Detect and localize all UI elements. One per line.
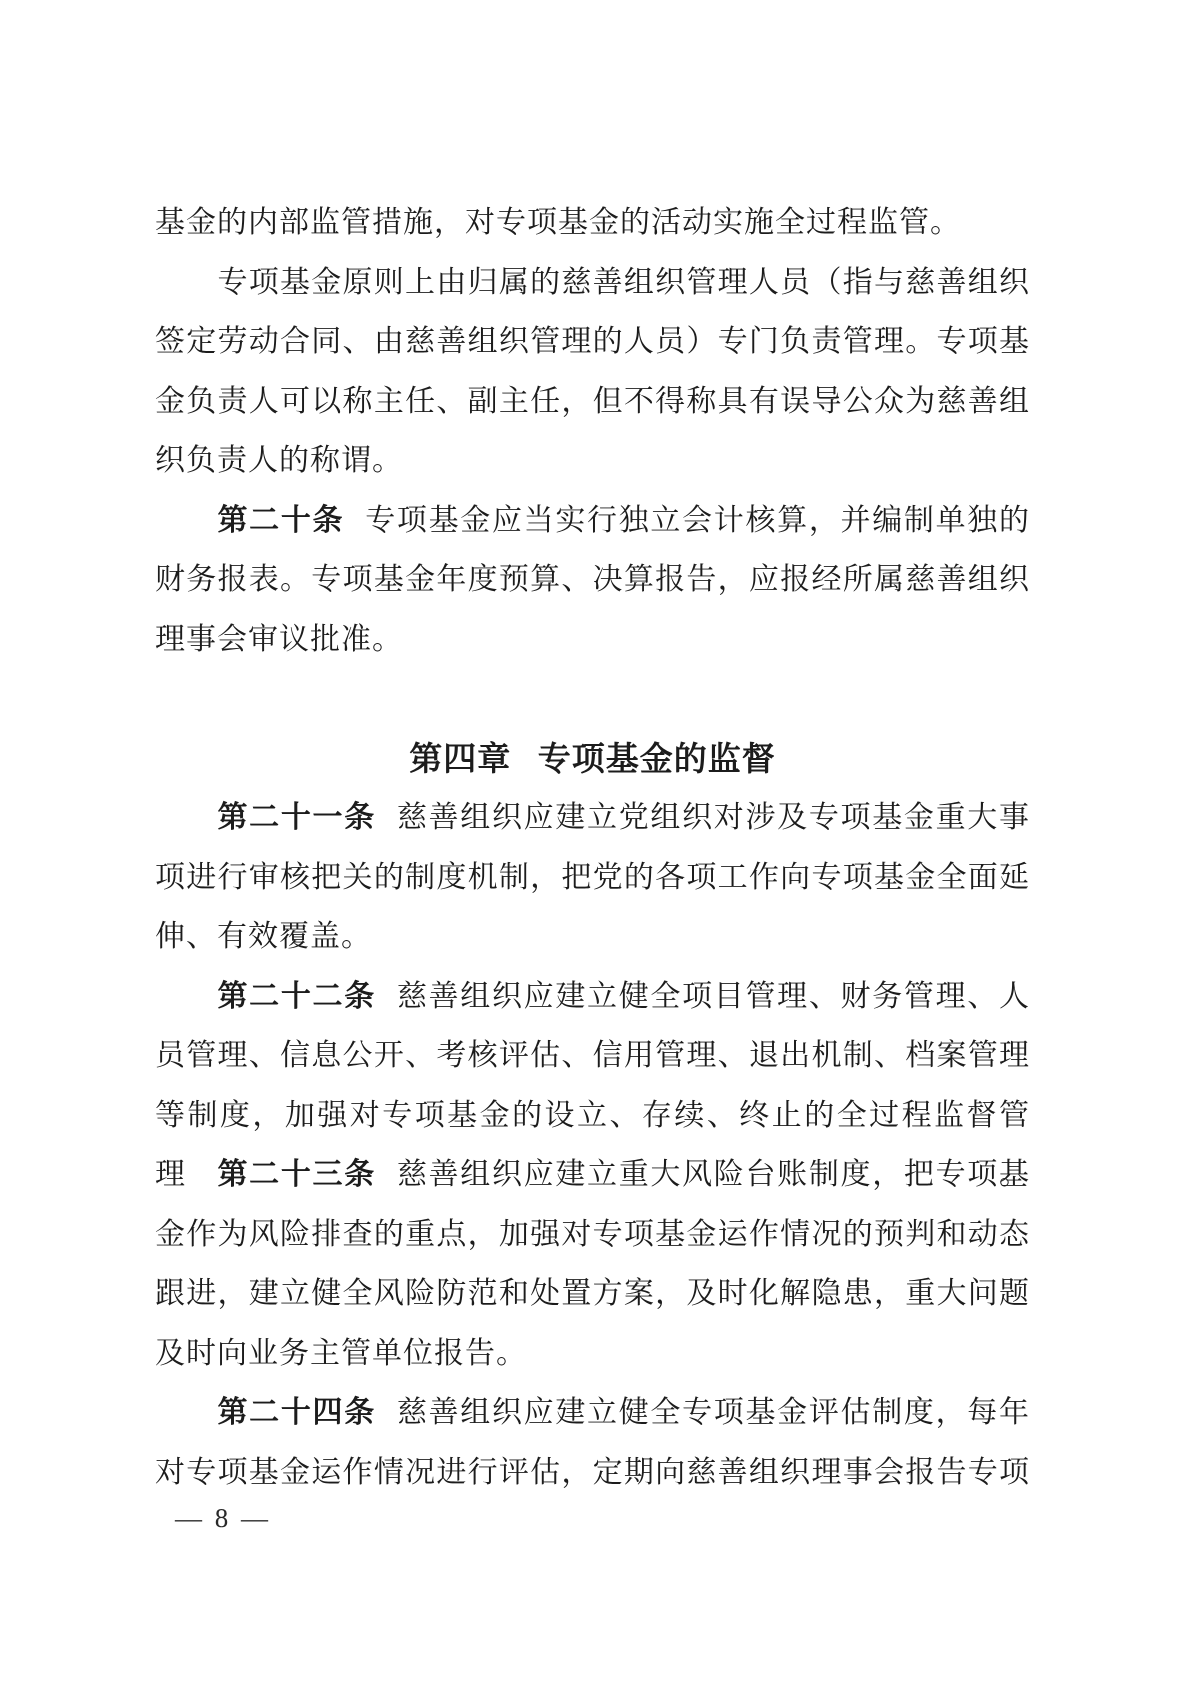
article-number-lead: 第二十四条 <box>218 1396 376 1429</box>
article-number-lead: 第二十一条 <box>218 801 376 834</box>
document-body: 基金的内部监管措施，对专项基金的活动实施全过程监管。 专项基金原则上由归属的慈善… <box>155 193 1030 1502</box>
line-text: 基金的内部监管措施，对专项基金的活动实施全过程监管。 <box>155 206 961 239</box>
article-number-lead: 第二十条 <box>218 504 345 537</box>
document-page: 基金的内部监管措施，对专项基金的活动实施全过程监管。 专项基金原则上由归属的慈善… <box>0 0 1190 1684</box>
line-text: 金负责人可以称主任、副主任，但不得称具有误导公众为慈善组 <box>155 385 1030 418</box>
line-text: 项进行审核把关的制度机制，把党的各项工作向专项基金全面延 <box>155 861 1030 894</box>
text-line: 员管理、信息公开、考核评估、信用管理、退出机制、档案管理 <box>155 1026 1030 1086</box>
line-text: 理事会审议批准。 <box>155 623 403 656</box>
article-number-lead: 第二十二条 <box>218 980 376 1013</box>
text-line: 及时向业务主管单位报告。 <box>155 1324 1030 1384</box>
line-text: 慈善组织应建立重大风险台账制度，把专项基 <box>397 1158 1030 1191</box>
line-text: 伸、有效覆盖。 <box>155 920 372 953</box>
line-text: 慈善组织应建立健全专项基金评估制度，每年 <box>397 1396 1030 1429</box>
text-line: 金负责人可以称主任、副主任，但不得称具有误导公众为慈善组 <box>155 372 1030 432</box>
blank-line <box>155 669 1030 729</box>
line-text: 金作为风险排查的重点，加强对专项基金运作情况的预判和动态 <box>155 1218 1030 1251</box>
chapter-number: 第四章 <box>409 740 511 777</box>
text-line: 金作为风险排查的重点，加强对专项基金运作情况的预判和动态 <box>155 1205 1030 1265</box>
line-text: 财务报表。专项基金年度预算、决算报告，应报经所属慈善组织 <box>155 563 1030 596</box>
text-line: 第二十二条慈善组织应建立健全项目管理、财务管理、人 <box>155 967 1030 1027</box>
line-text: 慈善组织应建立健全项目管理、财务管理、人 <box>397 980 1030 1013</box>
line-text: 跟进，建立健全风险防范和处置方案，及时化解隐患，重大问题 <box>155 1277 1030 1310</box>
line-text: 慈善组织应建立党组织对涉及专项基金重大事 <box>397 801 1030 834</box>
text-line: 等制度，加强对专项基金的设立、存续、终止的全过程监督管理。 <box>155 1086 1030 1146</box>
text-line: 项进行审核把关的制度机制，把党的各项工作向专项基金全面延 <box>155 848 1030 908</box>
text-line: 基金的内部监管措施，对专项基金的活动实施全过程监管。 <box>155 193 1030 253</box>
chapter-title: 专项基金的监督 <box>538 740 776 777</box>
text-line: 专项基金原则上由归属的慈善组织管理人员（指与慈善组织 <box>155 253 1030 313</box>
page-number: — 8 — <box>175 1496 271 1540</box>
line-text: 织负责人的称谓。 <box>155 444 403 477</box>
text-line: 对专项基金运作情况进行评估，定期向慈善组织理事会报告专项 <box>155 1443 1030 1503</box>
line-text: 签定劳动合同、由慈善组织管理的人员）专门负责管理。专项基 <box>155 325 1030 358</box>
line-text: 及时向业务主管单位报告。 <box>155 1337 527 1370</box>
text-line: 伸、有效覆盖。 <box>155 907 1030 967</box>
line-text: 专项基金应当实行独立会计核算，并编制单独的 <box>365 504 1030 537</box>
text-line: 第二十三条慈善组织应建立重大风险台账制度，把专项基 <box>155 1145 1030 1205</box>
text-line: 财务报表。专项基金年度预算、决算报告，应报经所属慈善组织 <box>155 550 1030 610</box>
line-text: 员管理、信息公开、考核评估、信用管理、退出机制、档案管理 <box>155 1039 1030 1072</box>
line-text: 专项基金原则上由归属的慈善组织管理人员（指与慈善组织 <box>218 266 1031 299</box>
text-line: 第二十条专项基金应当实行独立会计核算，并编制单独的 <box>155 491 1030 551</box>
text-line: 第二十一条慈善组织应建立党组织对涉及专项基金重大事 <box>155 788 1030 848</box>
text-line: 签定劳动合同、由慈善组织管理的人员）专门负责管理。专项基 <box>155 312 1030 372</box>
article-number-lead: 第二十三条 <box>218 1158 376 1191</box>
text-line: 第二十四条慈善组织应建立健全专项基金评估制度，每年 <box>155 1383 1030 1443</box>
text-line: 跟进，建立健全风险防范和处置方案，及时化解隐患，重大问题 <box>155 1264 1030 1324</box>
text-line: 理事会审议批准。 <box>155 610 1030 670</box>
text-line: 织负责人的称谓。 <box>155 431 1030 491</box>
chapter-heading: 第四章专项基金的监督 <box>155 729 1030 789</box>
line-text: 对专项基金运作情况进行评估，定期向慈善组织理事会报告专项 <box>155 1456 1030 1489</box>
